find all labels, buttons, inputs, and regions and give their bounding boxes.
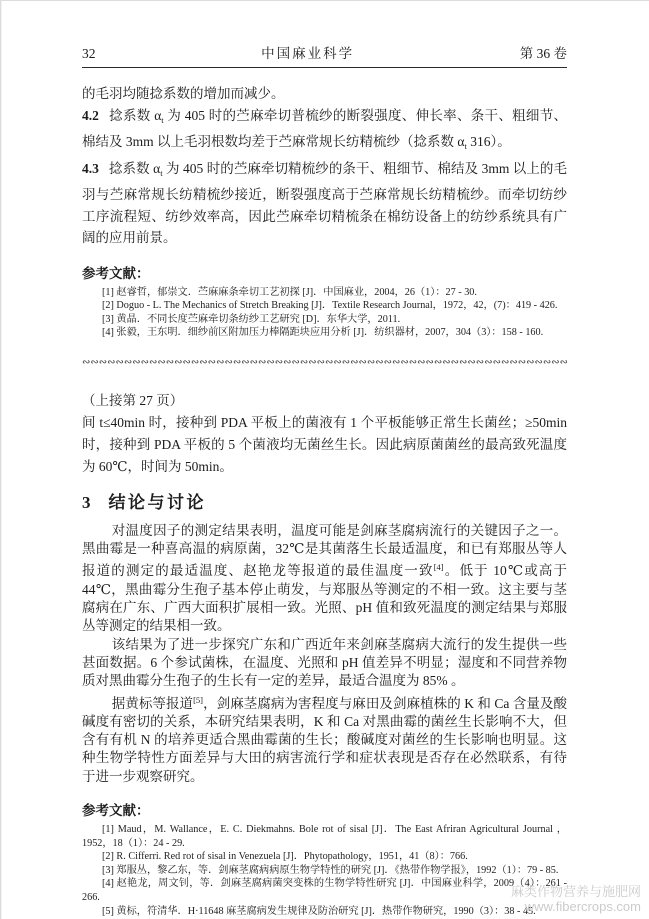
citation-superscript: [4]	[434, 562, 444, 572]
reference-item: [2] Doguo - L. The Mechanics of Stretch …	[82, 299, 567, 313]
references-label: 参考文献：	[82, 799, 567, 819]
item-text: 捻系数 α	[109, 161, 160, 176]
discussion-section: 3结论与讨论 对温度因子的测定结果表明，温度可能是剑麻茎腐病流行的关键因子之一。…	[82, 491, 567, 786]
volume-label: 第 36 卷	[520, 42, 567, 62]
paragraph-text: 据黄标等报道	[112, 696, 193, 711]
references-section-2: 参考文献： [1] Maud，M. Wallance，E. C. Diekmah…	[82, 799, 567, 918]
reference-item: [4] 赵艳龙，周文钊，等．剑麻茎腐病菌突变株的生物学特性研究 [J]．中国麻业…	[82, 877, 567, 904]
watermark-url: www.fibercrops.com	[511, 899, 641, 914]
item-text: 316）。	[467, 134, 511, 149]
reference-item: [2] R. Cifferri. Red rot of sisal in Ven…	[82, 850, 567, 864]
paragraph: 据黄标等报道[5]，剑麻茎腐病为害程度与麻田及剑麻植株的 K 和 Ca 含量及酸…	[82, 691, 567, 786]
continued-from-note: （上接第 27 页）	[82, 390, 567, 412]
article-end-section: 的毛羽均随捻系数的增加而减少。 4.2捻系数 αt 为 405 时的苎麻牵切普梳…	[82, 83, 567, 249]
reference-item: [1] Maud，M. Wallance，E. C. Diekmahns. Bo…	[82, 823, 567, 850]
page-number: 32	[82, 46, 96, 62]
citation-superscript: [5]	[193, 695, 203, 705]
page-header: 32 中国麻业科学 第 36 卷	[82, 0, 567, 68]
wavy-divider: ∾∾∾∾∾∾∾∾∾∾∾∾∾∾∾∾∾∾∾∾∾∾∾∾∾∾∾∾∾∾∾∾∾∾∾∾∾∾∾∾…	[82, 357, 567, 369]
journal-page: 32 中国麻业科学 第 36 卷 的毛羽均随捻系数的增加而减少。 4.2捻系数 …	[0, 0, 649, 919]
watermark-site-name: 麻类作物营养与施肥网	[511, 884, 641, 899]
item-text: 捻系数 α	[109, 108, 161, 123]
item-number: 4.2	[82, 108, 99, 123]
reference-item: [3] 黄晶．不同长度苎麻牵切条纺纱工艺研究 [D]．东华大学，2011.	[82, 313, 567, 327]
paragraph: 该结果为了进一步探究广东和广西近年来剑麻茎腐病大流行的发生提供一些甚面数据。6 …	[82, 636, 567, 691]
reference-item: [5] 黄标，符清华．H·11648 麻茎腐病发生规律及防治研究 [J]．热带作…	[82, 905, 567, 919]
continued-article-section: （上接第 27 页） 间 t≤40min 时，接种到 PDA 平板上的菌液有 1…	[82, 390, 567, 478]
conclusion-item-4-3: 4.3捻系数 αt 为 405 时的苎麻牵切精梳纱的条干、粗细节、棉结及 3mm…	[82, 158, 567, 249]
watermark: 麻类作物营养与施肥网 www.fibercrops.com	[511, 884, 641, 914]
section-title: 结论与讨论	[109, 493, 207, 512]
paragraph: 间 t≤40min 时，接种到 PDA 平板上的菌液有 1 个平板能够正常生长菌…	[82, 412, 567, 478]
reference-item: [1] 赵睿哲，郁崇文．苎麻麻条牵切工艺初探 [J]．中国麻业，2004，26（…	[82, 286, 567, 300]
section-heading: 3结论与讨论	[82, 491, 567, 515]
reference-item: [3] 郑服丛，黎乙东，等．剑麻茎腐病病原生物学特性的研究 [J]．《热带作物学…	[82, 864, 567, 878]
item-number: 4.3	[82, 161, 99, 176]
section-number: 3	[82, 493, 91, 512]
references-label: 参考文献：	[82, 262, 567, 282]
journal-title: 中国麻业科学	[261, 42, 354, 62]
conclusion-item-4-2: 4.2捻系数 αt 为 405 时的苎麻牵切普梳纱的断裂强度、伸长率、条干、粗细…	[82, 105, 567, 158]
reference-item: [4] 张毅，王东明．细纱前区附加压力棒隔距块应用分析 [J]．纺织器材，200…	[82, 326, 567, 340]
paragraph: 对温度因子的测定结果表明，温度可能是剑麻茎腐病流行的关键因子之一。黑曲霉是一种喜…	[82, 522, 567, 636]
paragraph: 的毛羽均随捻系数的增加而减少。	[82, 83, 567, 105]
references-section-1: 参考文献： [1] 赵睿哲，郁崇文．苎麻麻条牵切工艺初探 [J]．中国麻业，20…	[82, 262, 567, 340]
